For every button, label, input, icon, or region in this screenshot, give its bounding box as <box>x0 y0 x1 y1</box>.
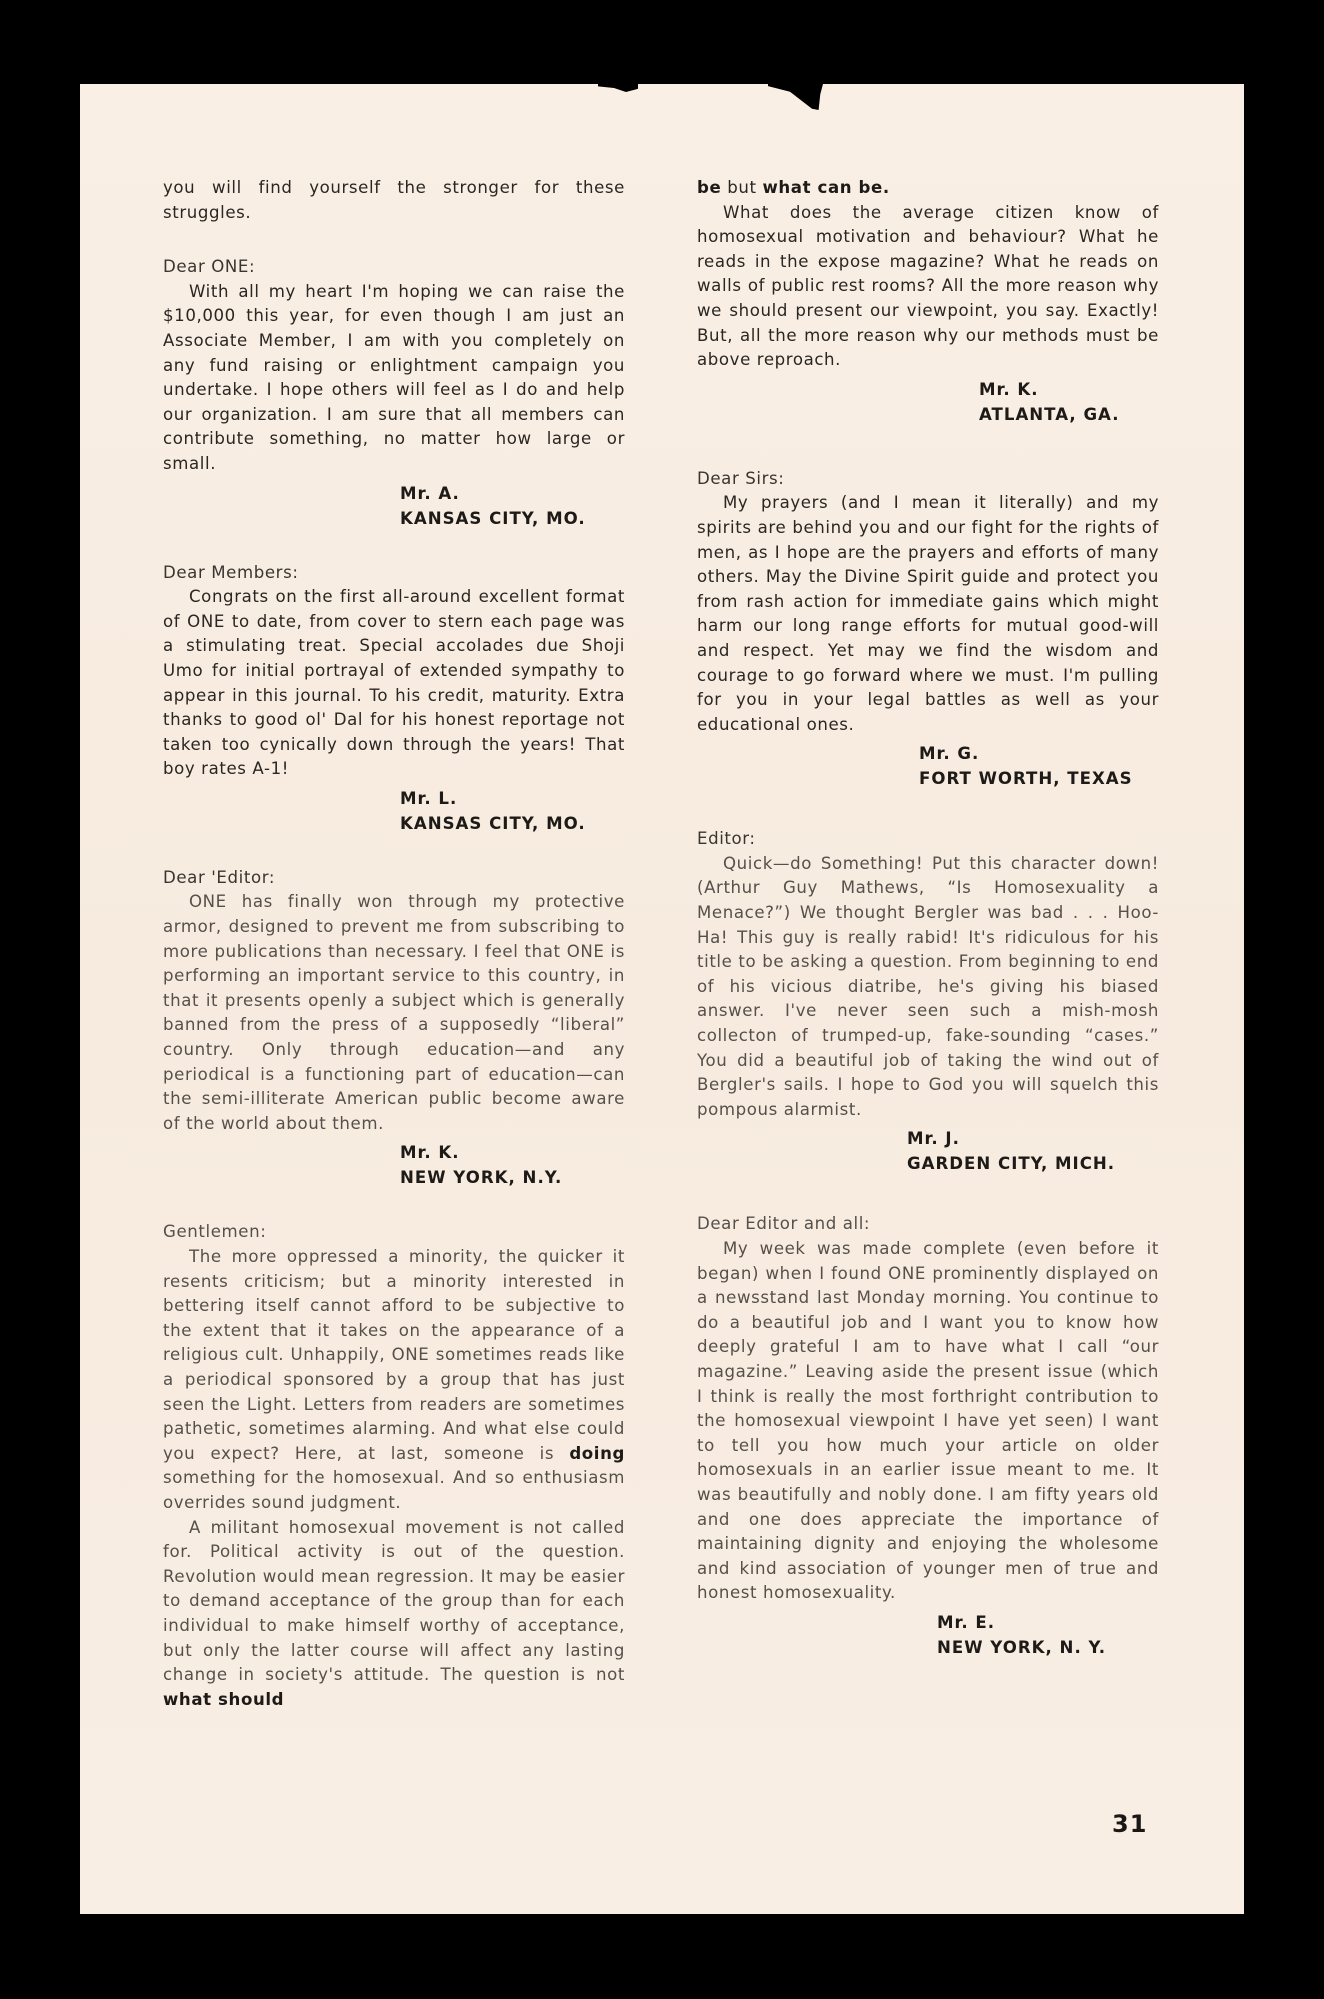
page-number: 31 <box>1112 1810 1147 1838</box>
letter-body: The more oppressed a minority, the quick… <box>163 1245 625 1516</box>
letter-mr-e: Dear Editor and all: My week was made co… <box>697 1212 1159 1660</box>
signer-location: GARDEN CITY, MICH. <box>907 1154 1115 1173</box>
signer-name: Mr. G. <box>919 744 979 763</box>
signer-location: KANSAS CITY, MO. <box>400 814 586 833</box>
signer-location: ATLANTA, GA. <box>979 405 1120 424</box>
letter-body: My week was made complete (even before i… <box>697 1237 1159 1606</box>
signer-name: Mr. K. <box>979 380 1039 399</box>
salutation: Dear Sirs: <box>697 467 1159 492</box>
salutation: Gentlemen: <box>163 1220 625 1245</box>
signature: Mr. G. FORT WORTH, TEXAS <box>697 741 1159 791</box>
salutation: Dear ONE: <box>163 255 625 280</box>
letter-mr-k-atlanta: be but what can be. What does the averag… <box>697 176 1159 427</box>
signer-name: Mr. L. <box>400 789 457 808</box>
signer-location: FORT WORTH, TEXAS <box>919 769 1133 788</box>
continuation-text: be but what can be. <box>697 176 1159 201</box>
signer-location: KANSAS CITY, MO. <box>400 509 586 528</box>
signer-name: Mr. A. <box>400 484 460 503</box>
paragraph-text: The more oppressed a minority, the quick… <box>163 1247 625 1463</box>
right-column: be but what can be. What does the averag… <box>697 176 1159 1660</box>
continuation-mid: but <box>727 178 756 197</box>
letter-body: My prayers (and I mean it literally) and… <box>697 491 1159 737</box>
emphasis-what-can-be: what can be. <box>762 178 889 197</box>
signer-name: Mr. J. <box>907 1129 960 1148</box>
letter-body: With all my heart I'm hoping we can rais… <box>163 280 625 477</box>
letter-body: ONE has finally won through my protectiv… <box>163 890 625 1136</box>
letter-mr-j: Editor: Quick—do Something! Put this cha… <box>697 827 1159 1176</box>
salutation: Dear Members: <box>163 561 625 586</box>
letter-mr-a: Dear ONE: With all my heart I'm hoping w… <box>163 255 625 530</box>
signer-name: Mr. K. <box>400 1143 460 1162</box>
letter-body: A militant homosexual movement is not ca… <box>163 1516 625 1713</box>
signer-location: NEW YORK, N. Y. <box>937 1638 1106 1657</box>
letter-gentlemen: Gentlemen: The more oppressed a minority… <box>163 1220 625 1712</box>
letter-continuation: you will find yourself the stronger for … <box>163 176 625 225</box>
signature: Mr. J. GARDEN CITY, MICH. <box>697 1126 1159 1176</box>
paragraph-text: A militant homosexual movement is not ca… <box>163 1518 625 1685</box>
signature: Mr. K. NEW YORK, N.Y. <box>163 1140 625 1190</box>
emphasis-what-should: what should <box>163 1690 284 1709</box>
signer-location: NEW YORK, N.Y. <box>400 1168 562 1187</box>
signature: Mr. K. ATLANTA, GA. <box>697 377 1159 427</box>
continuation-text: you will find yourself the stronger for … <box>163 176 625 225</box>
signer-name: Mr. E. <box>937 1613 995 1632</box>
letter-mr-g: Dear Sirs: My prayers (and I mean it lit… <box>697 467 1159 792</box>
emphasis-doing: doing <box>569 1444 625 1463</box>
paragraph-text: something for the homosexual. And so ent… <box>163 1468 625 1512</box>
emphasis-be: be <box>697 178 721 197</box>
letter-mr-k-ny: Dear 'Editor: ONE has finally won throug… <box>163 866 625 1191</box>
left-column: you will find yourself the stronger for … <box>163 176 625 1712</box>
letter-body: What does the average citizen know of ho… <box>697 201 1159 373</box>
salutation: Dear Editor and all: <box>697 1212 1159 1237</box>
salutation: Editor: <box>697 827 1159 852</box>
letter-body: Quick—do Something! Put this character d… <box>697 852 1159 1123</box>
signature: Mr. L. KANSAS CITY, MO. <box>163 786 625 836</box>
signature: Mr. A. KANSAS CITY, MO. <box>163 481 625 531</box>
signature: Mr. E. NEW YORK, N. Y. <box>697 1610 1159 1660</box>
letter-body: Congrats on the first all-around excelle… <box>163 585 625 782</box>
letter-mr-l: Dear Members: Congrats on the first all-… <box>163 561 625 836</box>
salutation: Dear 'Editor: <box>163 866 625 891</box>
